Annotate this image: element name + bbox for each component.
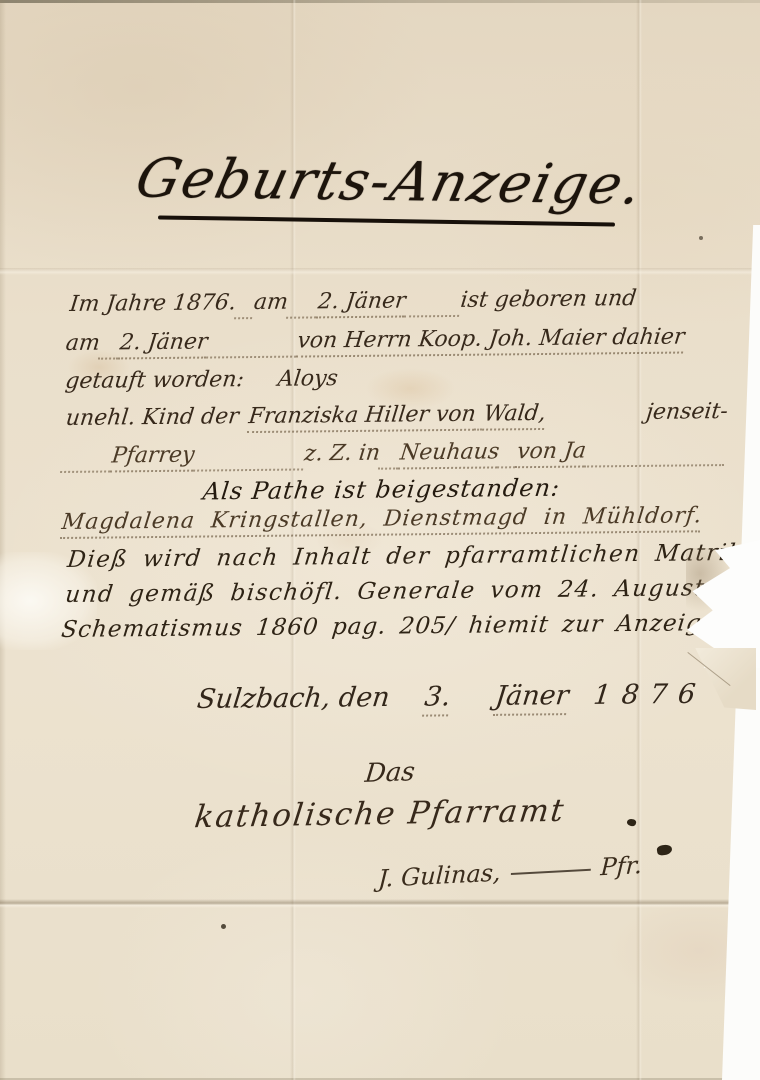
ink-blot xyxy=(656,844,672,856)
scan-edge-top xyxy=(0,0,760,3)
form-word-am: am xyxy=(253,290,290,315)
form-text: von Ja xyxy=(515,438,587,468)
form-line-4: unehl. Kind der Franziska Hiller von Wal… xyxy=(64,399,729,435)
dotted-fill-line xyxy=(98,351,119,359)
dateline: Sulzbach, den 3. Jäner 1876 xyxy=(195,679,708,719)
form-line-1: Im Jahre 1876. am 2. Jäner ist geboren u… xyxy=(68,285,705,321)
dotted-fill-line xyxy=(497,460,516,468)
place-text: Sulzbach, den xyxy=(195,682,391,715)
mother-name-entry: Franziska Hiller von xyxy=(247,402,477,433)
dotted-fill-line xyxy=(193,462,304,471)
form-word-am: am xyxy=(64,331,101,356)
closing-text: und gemäß bischöfl. Generale vom 24. Aug… xyxy=(64,574,760,608)
signature-title: Pfr. xyxy=(600,851,643,881)
issuer-text: Das xyxy=(364,757,417,789)
form-text: ist geboren und xyxy=(459,286,638,313)
sponsor-heading-text: Als Pathe ist beigestanden: xyxy=(201,474,561,506)
dotted-fill-line xyxy=(286,310,317,318)
signature-flourish xyxy=(511,869,591,875)
year-entry: Im Jahre 1876. xyxy=(68,290,237,317)
form-text: jenseit- xyxy=(645,399,729,425)
closing-line-3: Schematismus 1860 pag. 205/ hiemit zur A… xyxy=(60,609,760,643)
dotted-fill-line xyxy=(234,311,253,319)
scanned-document: Geburts-Anzeige. Im Jahre 1876. am 2. Jä… xyxy=(0,0,760,1080)
mother-origin-entry: Wald, xyxy=(482,401,547,431)
spacer xyxy=(544,423,645,430)
issuer-line-2: katholische Pfarramt xyxy=(163,792,597,836)
baptism-date-entry: 2. Jäner xyxy=(118,329,209,359)
form-text: z. Z. in xyxy=(303,441,381,467)
month-entry: Jäner xyxy=(493,680,570,716)
dotted-fill-line xyxy=(404,309,460,318)
birth-date-entry: 2. Jäner xyxy=(316,288,407,318)
form-line-3: getauft worden: Aloys xyxy=(64,366,339,394)
issuer-text: katholische Pfarramt xyxy=(193,793,568,836)
closing-line-1: Dieß wird nach Inhalt der pfarramtlichen… xyxy=(66,540,760,573)
child-name-entry: Aloys xyxy=(276,366,339,392)
paper-sheet: Geburts-Anzeige. Im Jahre 1876. am 2. Jä… xyxy=(0,0,760,1080)
dotted-fill-line xyxy=(60,464,111,473)
day-entry: 3. xyxy=(422,681,452,716)
title-underline xyxy=(158,215,615,226)
scan-edge-left xyxy=(0,0,6,1080)
closing-line-2: und gemäß bischöfl. Generale vom 24. Aug… xyxy=(64,574,760,608)
document-title: Geburts-Anzeige. xyxy=(158,147,622,216)
fold-line-horizontal-bottom xyxy=(0,899,760,908)
closing-text: Dieß wird nach Inhalt der pfarramtlichen… xyxy=(66,540,760,573)
ink-speck xyxy=(221,924,226,929)
sponsor-heading: Als Pathe ist beigestanden: xyxy=(150,473,613,506)
priest-entry: von Herrn Koop. Joh. Maier dahier xyxy=(296,324,686,357)
ink-speck xyxy=(699,236,703,240)
title-text: Geburts-Anzeige. xyxy=(130,147,649,217)
dotted-fill-line xyxy=(378,461,399,469)
form-line-5: Pfarrey z. Z. in Neuhaus von Ja xyxy=(60,437,727,473)
sponsor-name-entry: Magdalena Kringstallen, Dienstmagd in Mü… xyxy=(60,503,704,539)
closing-text: Schematismus 1860 pag. 205/ hiemit zur A… xyxy=(60,609,760,643)
form-line-2: am 2. Jäner von Herrn Koop. Joh. Maier d… xyxy=(64,324,727,360)
residence-entry: Neuhaus xyxy=(398,439,500,469)
signature: J. Gulinas, Pfr. xyxy=(377,851,642,893)
dotted-fill-line xyxy=(206,350,297,359)
parish-entry: Pfarrey xyxy=(110,443,196,473)
fold-line-horizontal-top xyxy=(0,268,760,275)
sponsor-line: Magdalena Kringstallen, Dienstmagd in Mü… xyxy=(60,503,729,539)
year-entry: 1876 xyxy=(592,679,708,711)
form-text: unehl. Kind der xyxy=(64,404,240,431)
issuer-line-1: Das xyxy=(328,756,451,790)
form-text: getauft worden: xyxy=(64,367,245,394)
signature-name: J. Gulinas, xyxy=(377,858,501,893)
dotted-fill-line xyxy=(584,458,725,467)
